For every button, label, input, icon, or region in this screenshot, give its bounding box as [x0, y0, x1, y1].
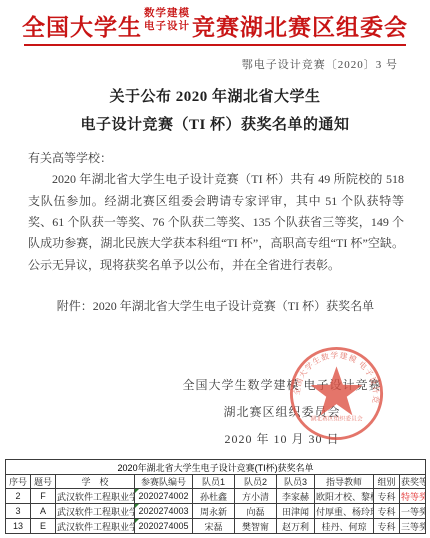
table-title: 2020年湖北省大学生电子设计竞赛(TI杯)获奖名单 [6, 460, 426, 475]
award-table: 2020年湖北省大学生电子设计竞赛(TI杯)获奖名单 序号 题号 学 校 参赛队… [5, 459, 426, 534]
cell-award: 一等奖 [400, 504, 426, 519]
document-page: 全国大学生 数学建模 电子设计 竞赛湖北赛区组委会 鄂电子设计竞赛〔2020〕3… [0, 0, 430, 538]
table-row: 13 E 武汉软件工程职业学院 2020274005 宋磊 樊智甯 赵万利 桂丹… [6, 519, 426, 534]
signature-date: 2020 年 10 月 30 日 [156, 430, 408, 447]
table-title-row: 2020年湖北省大学生电子设计竞赛(TI杯)获奖名单 [6, 460, 426, 475]
col-header-award: 获奖等级 [400, 475, 426, 489]
attachment-line: 附件：2020 年湖北省大学生电子设计竞赛（TI 杯）获奖名单 [28, 297, 404, 314]
notice-title-line2: 电子设计竞赛（TI 杯）获奖名单的通知 [0, 112, 430, 140]
cell-team-id: 2020274005 [135, 519, 193, 534]
cell-member3: 田津闻 [277, 504, 315, 519]
cell-index: 2 [6, 489, 31, 504]
signature-block: 全国大学生数学建模 电子设计竞赛 湖北赛区组织委员会 2020 年 10 月 3… [156, 376, 408, 457]
cell-member1: 周永新 [193, 504, 235, 519]
col-header-group: 组别 [374, 475, 400, 489]
cell-index: 13 [6, 519, 31, 534]
excel-mark-triangle [135, 504, 139, 508]
col-header-team-id: 参赛队编号 [135, 475, 193, 489]
body-paragraph: 2020 年湖北省大学生电子设计竞赛（TI 杯）共有 49 所院校的 518 支… [28, 169, 404, 276]
signature-org-line2: 湖北赛区组织委员会 [156, 403, 408, 420]
cell-award: 特等奖 [400, 489, 426, 504]
notice-title: 关于公布 2020 年湖北省大学生 电子设计竞赛（TI 杯）获奖名单的通知 [0, 84, 430, 140]
cell-advisors: 欧阳才校、黎杨梅 [315, 489, 374, 504]
col-header-member2: 队员2 [235, 475, 277, 489]
cell-group: 专科 [374, 489, 400, 504]
cell-team-id-value: 2020274002 [138, 491, 188, 501]
cell-topic: E [31, 519, 56, 534]
table-header-row: 序号 题号 学 校 参赛队编号 队员1 队员2 队员3 指导教师 组别 获奖等级 [6, 475, 426, 489]
letterhead-prefix: 全国大学生 [22, 16, 142, 39]
document-number: 鄂电子设计竞赛〔2020〕3 号 [0, 56, 430, 72]
cell-member3: 赵万利 [277, 519, 315, 534]
cell-group: 专科 [374, 519, 400, 534]
cell-member1: 宋磊 [193, 519, 235, 534]
cell-school: 武汉软件工程职业学院 [56, 489, 135, 504]
letterhead-stack: 数学建模 电子设计 [144, 7, 190, 33]
table-row: 2 F 武汉软件工程职业学院 2020274002 孙杜鑫 方小清 李家赫 欧阳… [6, 489, 426, 504]
cell-member3: 李家赫 [277, 489, 315, 504]
excel-mark-triangle [135, 519, 139, 523]
letterhead-stack-bottom: 电子设计 [144, 20, 190, 33]
col-header-advisors: 指导教师 [315, 475, 374, 489]
col-header-index: 序号 [6, 475, 31, 489]
cell-index: 3 [6, 504, 31, 519]
col-header-topic: 题号 [31, 475, 56, 489]
col-header-member3: 队员3 [277, 475, 315, 489]
cell-team-id-value: 2020274005 [138, 521, 188, 531]
divider-rule [24, 44, 406, 46]
letterhead: 全国大学生 数学建模 电子设计 竞赛湖北赛区组委会 [0, 0, 430, 39]
col-header-school: 学 校 [56, 475, 135, 489]
table-row: 3 A 武汉软件工程职业学院 2020274003 周永新 向磊 田津闻 付厚重… [6, 504, 426, 519]
col-header-member1: 队员1 [193, 475, 235, 489]
cell-advisors: 桂丹、何琼 [315, 519, 374, 534]
cell-team-id-value: 2020274003 [138, 506, 188, 516]
excel-mark-triangle [135, 489, 139, 493]
cell-school: 武汉软件工程职业学院 [56, 519, 135, 534]
notice-title-line1: 关于公布 2020 年湖北省大学生 [0, 84, 430, 112]
cell-member2: 方小清 [235, 489, 277, 504]
cell-member1: 孙杜鑫 [193, 489, 235, 504]
salutation: 有关高等学校： [28, 148, 402, 168]
cell-member2: 向磊 [235, 504, 277, 519]
cell-member2: 樊智甯 [235, 519, 277, 534]
cell-group: 专科 [374, 504, 400, 519]
signature-org-line1: 全国大学生数学建模 电子设计竞赛 [156, 376, 408, 393]
cell-team-id: 2020274003 [135, 504, 193, 519]
cell-team-id: 2020274002 [135, 489, 193, 504]
cell-topic: A [31, 504, 56, 519]
cell-award: 三等奖 [400, 519, 426, 534]
cell-school: 武汉软件工程职业学院 [56, 504, 135, 519]
letterhead-stack-top: 数学建模 [144, 7, 190, 20]
cell-topic: F [31, 489, 56, 504]
cell-advisors: 付厚重、杨玲玲 [315, 504, 374, 519]
letterhead-suffix: 竞赛湖北赛区组委会 [192, 16, 408, 39]
